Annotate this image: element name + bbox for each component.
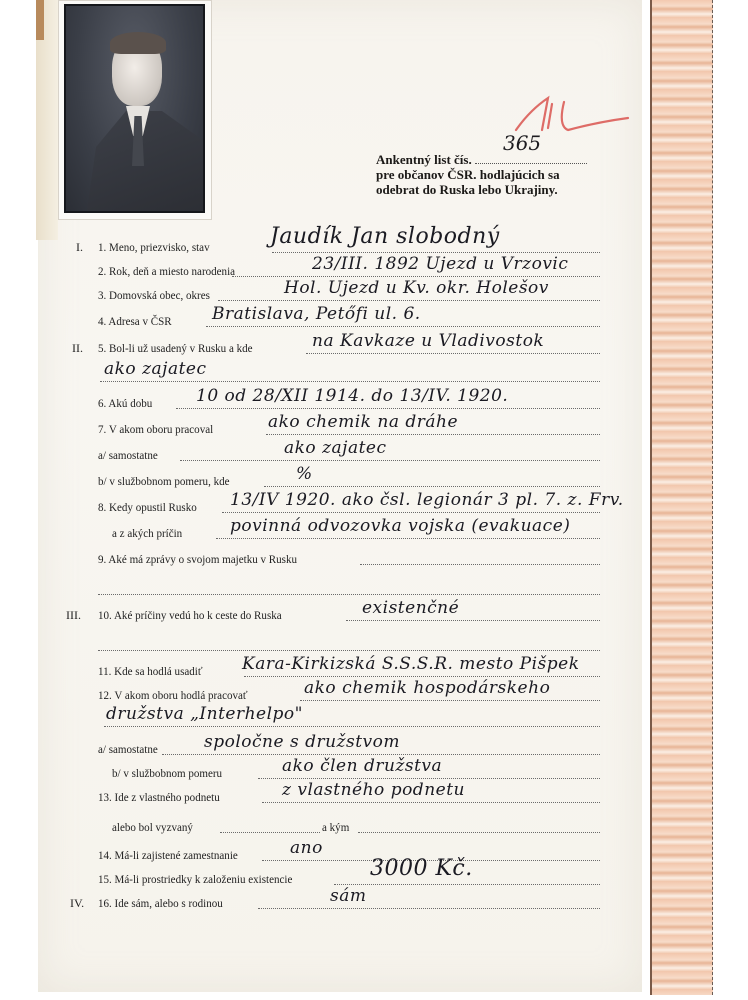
field-dotted-line — [220, 832, 320, 833]
field-label: b/ v službobnom pomeru — [112, 766, 222, 781]
field-dotted-line — [222, 512, 600, 513]
handwritten-value: 3000 Kč. — [370, 856, 473, 881]
portrait-photo — [58, 0, 212, 220]
field-dotted-line — [258, 908, 600, 909]
form-row — [0, 634, 748, 656]
field-label: 4. Adresa v ČSR — [98, 314, 172, 329]
form-row: a/ samostatneako zajatec — [0, 444, 748, 466]
field-dotted-line — [98, 594, 600, 595]
field-label: 9. Aké má zprávy o svojom majetku v Rusk… — [98, 552, 297, 567]
field-dotted-line — [216, 538, 600, 539]
handwritten-value: 23/III. 1892 Ujezd u Vrzovic — [312, 254, 568, 274]
field-dotted-line — [346, 620, 600, 621]
handwritten-value: ako zajatec — [104, 359, 207, 379]
form-row: 15. Má-li prostriedky k založeniu existe… — [0, 868, 748, 890]
field-dotted-line — [360, 564, 600, 565]
form-row: 3. Domovská obec, okresHol. Ujezd u Kv. … — [0, 284, 748, 306]
field-label: 2. Rok, deň a miesto narodenia — [98, 264, 235, 279]
field-label: 7. V akom oboru pracoval — [98, 422, 213, 437]
handwritten-value: spoločne s družstvom — [204, 732, 400, 752]
section-number: I. — [76, 240, 83, 255]
field-label: b/ v službobnom pomeru, kde — [98, 474, 230, 489]
form-row: ako zajatec — [0, 365, 748, 387]
field-label: a/ samostatne — [98, 448, 158, 463]
field-label: 12. V akom oboru hodlá pracovať — [98, 688, 248, 703]
form-row: 6. Akú dobu10 od 28/XII 1914. do 13/IV. … — [0, 392, 748, 414]
field-label: 3. Domovská obec, okres — [98, 288, 210, 303]
handwritten-value: Jaudík Jan slobodný — [270, 224, 500, 249]
binding-corner — [36, 0, 44, 40]
field-dotted-line — [104, 726, 600, 727]
field-label: 5. Bol-li už usadený v Rusku a kde — [98, 341, 253, 356]
handwritten-value: ako chemik hospodárskeho — [304, 678, 550, 698]
field-dotted-line — [98, 650, 600, 651]
field-label: 10. Aké príčiny vedú ho k ceste do Ruska — [98, 608, 282, 623]
form-number-field: 365 — [475, 150, 587, 164]
form-header: Ankentný list čís. 365 pre občanov ČSR. … — [376, 150, 626, 197]
field-dotted-line — [244, 676, 600, 677]
form-row: a z akých príčinpovinná odvozovka vojska… — [0, 522, 748, 544]
field-label: 15. Má-li prostriedky k založeniu existe… — [98, 872, 292, 887]
handwritten-value: 10 od 28/XII 1914. do 13/IV. 1920. — [196, 386, 508, 406]
form-number-value: 365 — [503, 136, 541, 151]
field-dotted-line — [100, 381, 600, 382]
form-row: III.10. Aké príčiny vedú ho k ceste do R… — [0, 604, 748, 626]
form-row: 12. V akom oboru hodlá pracovaťako chemi… — [0, 684, 748, 706]
field-dotted-line — [176, 408, 600, 409]
handwritten-value: ako zajatec — [284, 438, 387, 458]
field-label: 11. Kde sa hodlá usadiť — [98, 664, 203, 679]
form-row: alebo bol vyzvanýa kým — [0, 816, 748, 838]
field-dotted-line — [334, 884, 600, 885]
section-number: III. — [66, 608, 81, 623]
form-subtitle-2: odebrat do Ruska lebo Ukrajiny. — [376, 182, 626, 197]
field-dotted-line — [306, 353, 600, 354]
field-label: a z akých príčin — [112, 526, 182, 541]
field-dotted-line — [300, 700, 600, 701]
handwritten-value: existenčné — [362, 598, 459, 618]
field-dotted-line — [358, 832, 600, 833]
field-dotted-line — [162, 754, 600, 755]
form-subtitle-1: pre občanov ČSR. hodlajúcich sa — [376, 167, 626, 182]
field-label: 6. Akú dobu — [98, 396, 152, 411]
section-number: IV. — [70, 896, 84, 911]
form-row: družstva „Interhelpo" — [0, 710, 748, 732]
handwritten-value: z vlastného podnetu — [282, 780, 465, 800]
field-label: 13. Ide z vlastného podnetu — [98, 790, 220, 805]
form-row: 13. Ide z vlastného podnetuz vlastného p… — [0, 786, 748, 808]
field-dotted-line — [272, 252, 600, 253]
field-dotted-line — [218, 300, 600, 301]
form-number-label: Ankentný list čís. — [376, 152, 472, 167]
form-row — [0, 578, 748, 600]
field-label-secondary: a kým — [322, 820, 349, 835]
field-dotted-line — [264, 486, 600, 487]
handwritten-value: Bratislava, Petőfi ul. 6. — [212, 304, 421, 324]
field-label: 1. Meno, priezvisko, stav — [98, 240, 210, 255]
form-row: 7. V akom oboru pracovalako chemik na dr… — [0, 418, 748, 440]
field-label: a/ samostatne — [98, 742, 158, 757]
handwritten-value: ano — [290, 838, 323, 858]
handwritten-value: sám — [330, 886, 366, 906]
handwritten-value: na Kavkaze u Vladivostok — [312, 331, 544, 351]
handwritten-value: % — [296, 464, 313, 484]
field-label: alebo bol vyzvaný — [112, 820, 193, 835]
field-dotted-line — [266, 434, 600, 435]
form-row: 9. Aké má zprávy o svojom majetku v Rusk… — [0, 548, 748, 570]
handwritten-value: družstva „Interhelpo" — [106, 704, 303, 724]
form-row: 4. Adresa v ČSRBratislava, Petőfi ul. 6. — [0, 310, 748, 332]
handwritten-value: Kara-Kirkizská S.S.S.R. mesto Pišpek — [242, 654, 580, 674]
field-dotted-line — [180, 460, 600, 461]
handwritten-value: Hol. Ujezd u Kv. okr. Holešov — [284, 278, 549, 298]
field-dotted-line — [262, 802, 600, 803]
handwritten-value: povinná odvozovka vojska (evakuace) — [230, 516, 570, 536]
form-row: 8. Kedy opustil Rusko13/IV 1920. ako čsl… — [0, 496, 748, 518]
handwritten-value: 13/IV 1920. ako čsl. legionár 3 pl. 7. z… — [230, 490, 624, 510]
handwritten-value: ako člen družstva — [282, 756, 442, 776]
field-dotted-line — [258, 778, 600, 779]
field-dotted-line — [232, 276, 600, 277]
field-label: 14. Má-li zajistené zamestnanie — [98, 848, 238, 863]
form-row: b/ v službobnom pomeru, kde% — [0, 470, 748, 492]
field-label: 16. Ide sám, alebo s rodinou — [98, 896, 223, 911]
field-label: 8. Kedy opustil Rusko — [98, 500, 197, 515]
field-dotted-line — [206, 326, 600, 327]
form-row: II.5. Bol-li už usadený v Rusku a kdena … — [0, 337, 748, 359]
section-number: II. — [72, 341, 83, 356]
handwritten-value: ako chemik na dráhe — [268, 412, 458, 432]
form-row: IV.16. Ide sám, alebo s rodinousám — [0, 892, 748, 914]
